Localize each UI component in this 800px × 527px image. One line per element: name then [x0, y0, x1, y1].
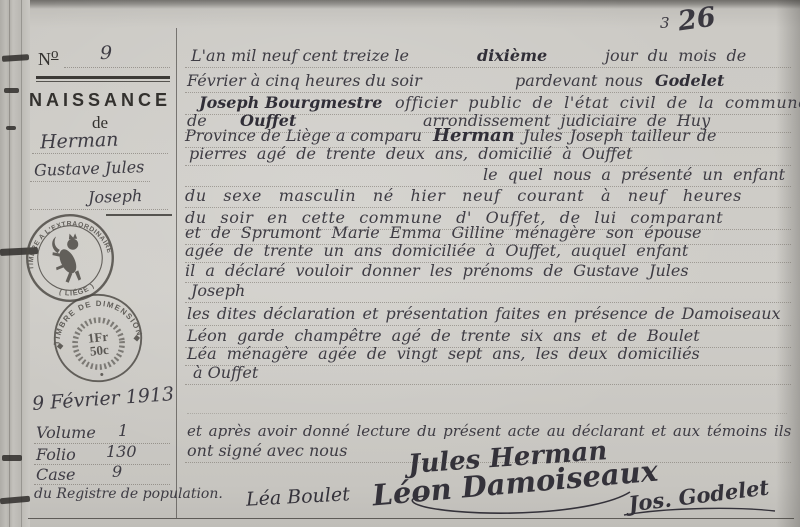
folio-value: 130 — [106, 441, 137, 463]
act-line-6: pierres agé de trente deux ans, domicili… — [185, 143, 791, 166]
signature-underline — [620, 505, 780, 519]
act-line-1: L'an mil neuf cent treize le dixième jou… — [185, 45, 791, 68]
double-rule — [36, 81, 170, 82]
act-text: pardevant nous — [515, 70, 643, 92]
act-text: ont signé avec nous — [187, 440, 347, 462]
binding-mark — [6, 126, 16, 130]
double-rule — [36, 76, 170, 79]
act-line-17: à Ouffet — [185, 362, 791, 385]
act-text: le quel nous a présenté un enfant — [483, 164, 785, 186]
signature-flourish — [395, 488, 640, 520]
binding-crease — [9, 0, 10, 527]
short-rule — [106, 214, 172, 216]
corner-number-large: 26 — [676, 2, 718, 38]
binding-mark — [4, 88, 19, 93]
binding-mark — [2, 455, 22, 461]
act-line-18: et après avoir donné lecture du présent … — [185, 420, 791, 442]
margin-firstnames: Gustave Jules — [34, 156, 145, 182]
scanned-birth-record: No 9 NAISSANCE de Herman Gustave Jules J… — [0, 0, 800, 527]
volume-value: 1 — [118, 420, 128, 442]
act-line-8: du sexe masculin né hier neuf courant à … — [185, 185, 791, 208]
act-text: du sexe masculin né hier neuf courant à … — [185, 185, 742, 207]
binding-crease — [21, 0, 22, 527]
act-text: il a déclaré vouloir donner les prénoms … — [185, 260, 689, 282]
margin-date: 9 Février 1913 — [31, 383, 174, 415]
register-note: du Registre de population. — [34, 483, 223, 505]
act-text: les dites déclaration et présentation fa… — [187, 303, 781, 325]
column-divider — [176, 28, 177, 518]
act-text: à Ouffet — [193, 362, 258, 384]
stamp-dimension: TIMBRE DE DIMENSION 1Fr 50c — [46, 286, 149, 389]
act-text: L'an mil neuf cent treize le — [191, 45, 409, 67]
blank-line — [64, 66, 170, 68]
record-type-title: NAISSANCE — [28, 90, 172, 111]
act-number: 9 — [100, 42, 112, 64]
no-label: No — [38, 46, 59, 70]
act-text: jour du mois de — [605, 45, 746, 67]
corner-number-small: 3 — [660, 14, 670, 32]
blank-line — [187, 412, 787, 414]
act-line-7: le quel nous a présenté un enfant — [185, 164, 791, 187]
act-line-2: Février à cinq heures du soir pardevant … — [185, 70, 791, 93]
act-text: Joseph — [191, 280, 245, 302]
act-text: dixième — [477, 45, 547, 67]
volume-label: Volume — [36, 422, 96, 444]
lion-rampant-icon — [49, 232, 86, 285]
act-text: Février à cinq heures du soir — [187, 70, 422, 92]
signature-witness-lea: Léa Boulet — [245, 483, 350, 510]
act-text: et après avoir donné lecture du présent … — [187, 420, 791, 442]
stamp2-value-50c: 50c — [89, 342, 110, 359]
case-value: 9 — [112, 461, 122, 483]
blank-line — [30, 180, 150, 182]
act-line-14: les dites déclaration et présentation fa… — [185, 303, 791, 326]
margin-surname: Herman — [40, 129, 119, 154]
act-line-13: Joseph — [185, 280, 791, 303]
act-text: agée de trente un ans domiciliée à Ouffe… — [185, 240, 688, 262]
act-text: Godelet — [655, 70, 724, 92]
act-text: pierres agé de trente deux ans, domicili… — [189, 143, 633, 165]
blank-line — [32, 152, 168, 154]
